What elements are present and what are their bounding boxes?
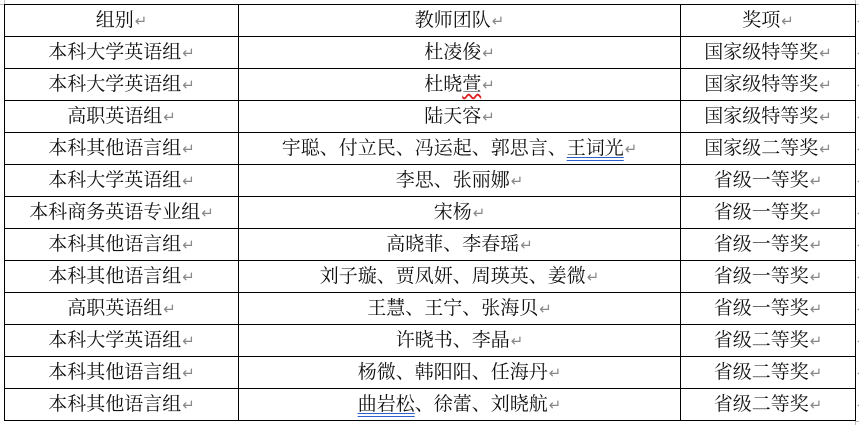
group-text: 本科其他语言组 [48,137,181,159]
cell-award[interactable]: 省级一等奖↵ [681,197,856,229]
paragraph-mark-icon: ↵ [781,12,794,30]
spell-error-text: 萱 [462,73,481,95]
cell-group[interactable]: 本科其他语言组↵ [5,261,239,293]
paragraph-mark-icon: ↵ [810,268,823,286]
paragraph-mark-icon: ↵ [182,364,195,382]
grammar-flag-text: 曲岩松 [358,393,415,415]
table-row: 本科其他语言组↵高晓菲、李春瑶↵省级一等奖↵ [5,229,856,261]
table-row: 本科商务英语专业组↵宋杨↵省级一等奖↵ [5,197,856,229]
team-text: 杜凌俊 [424,41,481,63]
group-text: 高职英语组 [67,297,162,319]
team-text: 宇聪、付立民、冯运起、郭思言、 [282,137,567,159]
paragraph-mark-icon: ↵ [182,396,195,414]
table-header-row: 组别↵ 教师团队↵ 奖项↵ [5,5,856,37]
header-team[interactable]: 教师团队↵ [239,5,681,37]
group-text: 高职英语组 [67,105,162,127]
paragraph-mark-icon: ↵ [163,108,176,126]
paragraph-mark-icon: ↵ [810,172,823,190]
group-text: 本科大学英语组 [48,329,181,351]
team-text: 李思、张丽娜 [396,169,510,191]
paragraph-mark-icon: ↵ [539,300,552,318]
team-text: 刘子璇、贾凤妍、周瑛英、姜微 [320,265,586,287]
cell-team[interactable]: 陆天容↵ [239,101,681,133]
cell-group[interactable]: 本科其他语言组↵ [5,229,239,261]
group-text: 本科大学英语组 [48,73,181,95]
paragraph-mark-icon: ↵ [182,236,195,254]
paragraph-mark-icon: ↵ [201,204,214,222]
table-row: 本科其他语言组↵刘子璇、贾凤妍、周瑛英、姜微↵省级一等奖↵ [5,261,856,293]
cell-team[interactable]: 杨微、韩阳阳、任海丹↵ [239,357,681,389]
cell-group[interactable]: 本科大学英语组↵ [5,69,239,101]
header-award-label: 奖项 [742,9,780,31]
cell-award[interactable]: 省级一等奖↵ [681,261,856,293]
cell-award[interactable]: 国家级特等奖↵ [681,101,856,133]
cell-group[interactable]: 本科其他语言组↵ [5,133,239,165]
paragraph-mark-icon: ↵ [482,108,495,126]
paragraph-mark-icon: ↵ [511,172,524,190]
paragraph-mark-icon: ↵ [135,12,148,30]
cell-group[interactable]: 本科大学英语组↵ [5,37,239,69]
cell-team[interactable]: 刘子璇、贾凤妍、周瑛英、姜微↵ [239,261,681,293]
cell-group[interactable]: 本科大学英语组↵ [5,165,239,197]
cell-award[interactable]: 省级一等奖↵ [681,165,856,197]
paragraph-mark-icon: ↵ [182,76,195,94]
award-text: 省级一等奖 [714,201,809,223]
award-text: 省级二等奖 [714,329,809,351]
cell-award[interactable]: 国家级特等奖↵ [681,69,856,101]
award-text: 省级一等奖 [714,233,809,255]
cell-team[interactable]: 曲岩松、徐蕾、刘晓航↵ [239,389,681,421]
table-resize-handle[interactable] [855,421,859,425]
award-text: 国家级特等奖 [704,41,818,63]
paragraph-mark-icon: ↵ [511,332,524,350]
group-text: 本科其他语言组 [48,265,181,287]
grammar-flag-text: 王词光 [567,137,624,159]
cell-team[interactable]: 杜凌俊↵ [239,37,681,69]
paragraph-mark-icon: ↵ [182,140,195,158]
award-text: 省级二等奖 [714,361,809,383]
team-text: 许晓书、李晶 [396,329,510,351]
cell-team[interactable]: 李思、张丽娜↵ [239,165,681,197]
paragraph-mark-icon: ↵ [182,172,195,190]
cell-award[interactable]: 省级二等奖↵ [681,325,856,357]
table-row: 本科其他语言组↵杨微、韩阳阳、任海丹↵省级二等奖↵ [5,357,856,389]
paragraph-mark-icon: ↵ [625,140,638,158]
team-text: 、徐蕾、刘晓航 [415,393,548,415]
cell-group[interactable]: 高职英语组↵ [5,101,239,133]
paragraph-mark-icon: ↵ [819,76,832,94]
award-text: 国家级特等奖 [704,105,818,127]
team-text: 杜晓 [424,73,462,95]
cell-award[interactable]: 国家级特等奖↵ [681,37,856,69]
header-award[interactable]: 奖项↵ [681,5,856,37]
award-text: 国家级二等奖 [704,137,818,159]
award-text: 省级一等奖 [714,297,809,319]
award-table: 组别↵ 教师团队↵ 奖项↵ 本科大学英语组↵杜凌俊↵国家级特等奖↵本科大学英语组… [4,4,856,421]
table-row: 本科其他语言组↵曲岩松、徐蕾、刘晓航↵省级二等奖↵ [5,389,856,421]
team-text: 高晓菲、李春瑶 [386,233,519,255]
cell-group[interactable]: 本科其他语言组↵ [5,389,239,421]
cell-team[interactable]: 王慧、王宁、张海贝↵ [239,293,681,325]
header-team-label: 教师团队 [415,9,491,31]
header-group[interactable]: 组别↵ [5,5,239,37]
header-group-label: 组别 [96,9,134,31]
paragraph-mark-icon: ↵ [182,332,195,350]
award-text: 国家级特等奖 [704,73,818,95]
cell-team[interactable]: 高晓菲、李春瑶↵ [239,229,681,261]
paragraph-mark-icon: ↵ [482,76,495,94]
group-text: 本科其他语言组 [48,233,181,255]
table-row: 高职英语组↵陆天容↵国家级特等奖↵ [5,101,856,133]
group-text: 本科商务英语专业组 [29,201,200,223]
paragraph-mark-icon: ↵ [520,236,533,254]
award-text: 省级一等奖 [714,169,809,191]
cell-team[interactable]: 宇聪、付立民、冯运起、郭思言、王词光↵ [239,133,681,165]
group-text: 本科大学英语组 [48,41,181,63]
paragraph-mark-icon: ↵ [163,300,176,318]
team-text: 杨微、韩阳阳、任海丹 [358,361,548,383]
paragraph-mark-icon: ↵ [549,396,562,414]
cell-team[interactable]: 宋杨↵ [239,197,681,229]
group-text: 本科大学英语组 [48,169,181,191]
cell-group[interactable]: 本科商务英语专业组↵ [5,197,239,229]
paragraph-mark-icon: ↵ [810,332,823,350]
paragraph-mark-icon: ↵ [810,204,823,222]
team-text: 王慧、王宁、张海贝 [367,297,538,319]
team-text: 陆天容 [424,105,481,127]
paragraph-mark-icon: ↵ [473,204,486,222]
award-text: 省级一等奖 [714,265,809,287]
cell-group[interactable]: 本科其他语言组↵ [5,357,239,389]
paragraph-mark-icon: ↵ [819,140,832,158]
table-body: 本科大学英语组↵杜凌俊↵国家级特等奖↵本科大学英语组↵杜晓萱↵国家级特等奖↵高职… [5,37,856,421]
paragraph-mark-icon: ↵ [492,12,505,30]
paragraph-mark-icon: ↵ [182,268,195,286]
paragraph-mark-icon: ↵ [182,44,195,62]
cell-award[interactable]: 国家级二等奖↵ [681,133,856,165]
paragraph-mark-icon: ↵ [810,300,823,318]
table-row: 本科大学英语组↵杜凌俊↵国家级特等奖↵ [5,37,856,69]
paragraph-mark-icon: ↵ [810,236,823,254]
paragraph-mark-icon: ↵ [482,44,495,62]
paragraph-mark-icon: ↵ [587,268,600,286]
cell-team[interactable]: 杜晓萱↵ [239,69,681,101]
paragraph-mark-icon: ↵ [810,364,823,382]
table-row: 本科其他语言组↵宇聪、付立民、冯运起、郭思言、王词光↵国家级二等奖↵ [5,133,856,165]
group-text: 本科其他语言组 [48,361,181,383]
table-row: 本科大学英语组↵杜晓萱↵国家级特等奖↵ [5,69,856,101]
paragraph-mark-icon: ↵ [810,396,823,414]
award-text: 省级二等奖 [714,393,809,415]
group-text: 本科其他语言组 [48,393,181,415]
table-row: 高职英语组↵王慧、王宁、张海贝↵省级一等奖↵ [5,293,856,325]
cell-award[interactable]: 省级二等奖↵ [681,357,856,389]
cell-group[interactable]: 高职英语组↵ [5,293,239,325]
cell-team[interactable]: 许晓书、李晶↵ [239,325,681,357]
team-text: 宋杨 [434,201,472,223]
paragraph-mark-icon: ↵ [819,44,832,62]
cell-award[interactable]: 省级二等奖↵ [681,389,856,421]
paragraph-mark-icon: ↵ [549,364,562,382]
table-row: 本科大学英语组↵李思、张丽娜↵省级一等奖↵ [5,165,856,197]
cell-award[interactable]: 省级一等奖↵ [681,229,856,261]
cell-award[interactable]: 省级一等奖↵ [681,293,856,325]
paragraph-mark-icon: ↵ [819,108,832,126]
cell-group[interactable]: 本科大学英语组↵ [5,325,239,357]
table-row: 本科大学英语组↵许晓书、李晶↵省级二等奖↵ [5,325,856,357]
